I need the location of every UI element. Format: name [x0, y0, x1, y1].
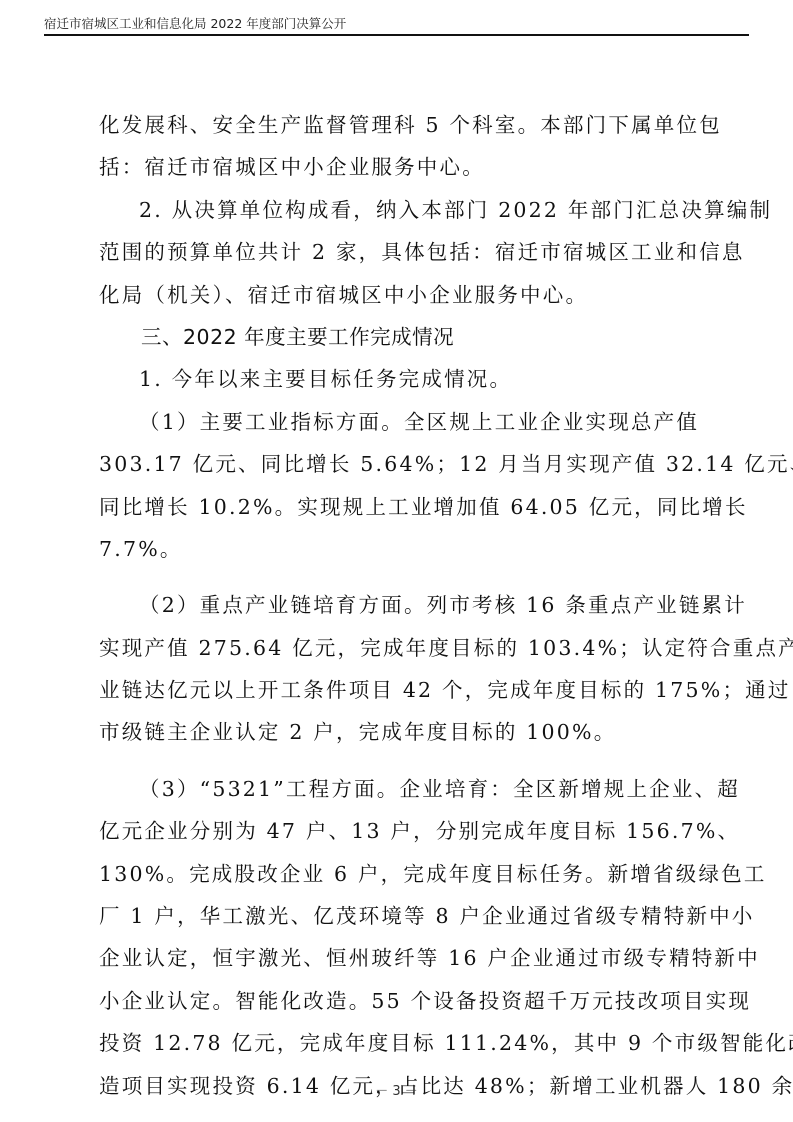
running-header: 宿迁市宿城区工业和信息化局 2022 年度部门决算公开	[44, 14, 494, 32]
body-line: 化发展科、安全生产监督管理科 5 个科室。本部门下属单位包	[99, 104, 699, 146]
subsection-heading: 1. 今年以来主要目标任务完成情况。	[99, 358, 699, 400]
section-heading: 三、2022 年度主要工作完成情况	[99, 316, 699, 358]
body-line: 企业认定，恒宇激光、恒州玻纤等 16 户企业通过市级专精特新中	[99, 937, 699, 979]
body-line: 130%。完成股改企业 6 户，完成年度目标任务。新增省级绿色工	[99, 853, 699, 895]
body-line: （1）主要工业指标方面。全区规上工业企业实现总产值	[99, 401, 699, 443]
body-line: 2. 从决算单位构成看，纳入本部门 2022 年部门汇总决算编制	[99, 189, 699, 231]
paragraph-gap	[99, 570, 699, 584]
page-number: － 3 －	[0, 1080, 793, 1099]
header-rule	[44, 34, 749, 36]
body-line: 厂 1 户，华工激光、亿茂环境等 8 户企业通过省级专精特新中小	[99, 895, 699, 937]
body-line: 业链达亿元以上开工条件项目 42 个，完成年度目标的 175%；通过	[99, 669, 699, 711]
body-line: 投资 12.78 亿元，完成年度目标 111.24%，其中 9 个市级智能化改	[99, 1022, 699, 1064]
body-line: 市级链主企业认定 2 户，完成年度目标的 100%。	[99, 711, 699, 753]
body-line: 亿元企业分别为 47 户、13 户，分别完成年度目标 156.7%、	[99, 810, 699, 852]
body-line: 同比增长 10.2%。实现规上工业增加值 64.05 亿元，同比增长	[99, 486, 699, 528]
body-line: 小企业认定。智能化改造。55 个设备投资超千万元技改项目实现	[99, 980, 699, 1022]
body-line: （2）重点产业链培育方面。列市考核 16 条重点产业链累计	[99, 584, 699, 626]
body-line: 303.17 亿元、同比增长 5.64%；12 月当月实现产值 32.14 亿元…	[99, 443, 699, 485]
body-line: 范围的预算单位共计 2 家，具体包括：宿迁市宿城区工业和信息	[99, 231, 699, 273]
body-line: 括：宿迁市宿城区中小企业服务中心。	[99, 146, 699, 188]
body-line: 化局（机关）、宿迁市宿城区中小企业服务中心。	[99, 274, 699, 316]
paragraph-gap	[99, 754, 699, 768]
body-line: 7.7%。	[99, 528, 699, 570]
page-body: 化发展科、安全生产监督管理科 5 个科室。本部门下属单位包 括：宿迁市宿城区中小…	[99, 104, 699, 1107]
body-line: 实现产值 275.64 亿元，完成年度目标的 103.4%；认定符合重点产	[99, 627, 699, 669]
body-line: （3）“5321”工程方面。企业培育：全区新增规上企业、超	[99, 768, 699, 810]
